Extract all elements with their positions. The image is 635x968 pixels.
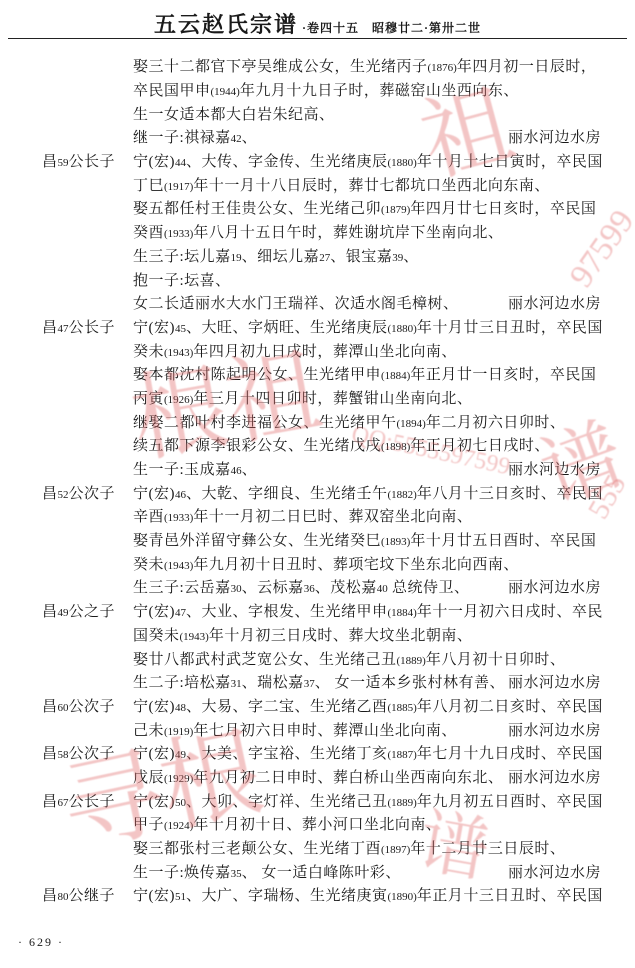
generation-label: 昌49公之子 — [0, 600, 133, 621]
entry-text: 生一女适本都大白岩朱纪高、 — [133, 103, 635, 124]
entry-text: 宁(宏)45、大旺、字炳旺、生光绪庚辰(1880)年十月廿三日丑时，卒民国 — [133, 316, 635, 337]
genealogy-line: 娶本都沈村陈起明公女、生光绪甲申(1884)年正月廿一日亥时，卒民国 — [0, 362, 635, 386]
entry-text: 续五都下源李银彩公女、生光绪戊戌(1898)年正月初七日戌时、 — [133, 434, 635, 455]
genealogy-line: 生三子:坛儿嘉19、细坛儿嘉27、银宝嘉39、 — [0, 244, 635, 268]
entry-text: 丙寅(1926)年三月十四日卯时，葬蟹钳山坐南向北、 — [133, 387, 635, 408]
genealogy-line: 丙寅(1926)年三月十四日卯时，葬蟹钳山坐南向北、 — [0, 386, 635, 410]
entry-text: 癸酉(1933)年八月十五日午时，葬姓谢坑岸下坐南向北、 — [133, 221, 635, 242]
entry-text: 宁(宏)50、大卯、字灯祥、生光绪己丑(1889)年九月初五日酉时、卒民国 — [133, 790, 635, 811]
branch-hall-label: 丽水河边水房 — [508, 766, 635, 787]
book-title: 五云赵氏宗谱 — [154, 12, 298, 37]
generation-label: 昌67公长子 — [0, 790, 133, 811]
entry-text: 宁(宏)51、大广、字瑞杨、生光绪庚寅(1890)年正月十三日丑时、卒民国 — [133, 884, 635, 905]
branch-hall-label: 丽水河边水房 — [508, 861, 635, 882]
entry-text: 娶廿八都武村武芝宽公女、生光绪己丑(1889)年八月初十日卯时、 — [133, 648, 635, 669]
branch-hall-label: 丽水河边水房 — [508, 458, 635, 479]
genealogy-line: 辛酉(1933)年十一月初二日巳时、葬双窑坐北向南、 — [0, 504, 635, 528]
genealogy-body: 娶三十二都官下亭吴维成公女，生光绪丙子(1876)年四月初一日辰时，卒民国甲申(… — [0, 54, 635, 907]
genealogy-line: 生一子:玉成嘉46、丽水河边水房 — [0, 457, 635, 481]
genealogy-line: 续五都下源李银彩公女、生光绪戊戌(1898)年正月初七日戌时、 — [0, 433, 635, 457]
entry-text: 女二长适丽水大水门王瑞祥、次适水阁毛樟树、 — [133, 292, 508, 313]
genealogy-line: 己未(1919)年七月初六日申时、葬潭山坐北向南、丽水河边水房 — [0, 717, 635, 741]
genealogy-line: 昌52公次子宁(宏)46、大乾、字细良、生光绪壬午(1882)年八月十三日亥时、… — [0, 480, 635, 504]
genealogy-line: 娶三十二都官下亭吴维成公女，生光绪丙子(1876)年四月初一日辰时， — [0, 54, 635, 78]
entry-text: 生三子:云岳嘉30、云标嘉36、茂松嘉40 总统侍卫、 — [133, 576, 508, 597]
entry-text: 娶本都沈村陈起明公女、生光绪甲申(1884)年正月廿一日亥时，卒民国 — [133, 363, 635, 384]
generation-label: 昌58公次子 — [0, 742, 133, 763]
generation-label: 昌80公继子 — [0, 884, 133, 905]
genealogy-line: 娶三都张村三老颠公女、生光绪丁酉(1897)年十二月廿三日辰时、 — [0, 836, 635, 860]
genealogy-line: 昌58公次子宁(宏)49、大美、字宝裕、生光绪丁亥(1887)年七月十九日戌时、… — [0, 741, 635, 765]
entry-text: 娶青邑外洋留守彝公女、生光绪癸巳(1893)年十月廿五日酉时、卒民国 — [133, 529, 635, 550]
entry-text: 国癸未(1943)年十月初三日戌时、葬大坟坐北朝南、 — [133, 624, 635, 645]
genealogy-page: 五云赵氏宗谱·卷四十五 昭穆廿二·第卅二世 娶三十二都官下亭吴维成公女，生光绪丙… — [0, 0, 635, 968]
genealogy-line: 女二长适丽水大水门王瑞祥、次适水阁毛樟树、丽水河边水房 — [0, 291, 635, 315]
genealogy-line: 昌60公次子宁(宏)48、大易、字二宝、生光绪乙酉(1885)年八月初二日亥时、… — [0, 694, 635, 718]
volume-subtitle: ·卷四十五 昭穆廿二·第卅二世 — [302, 21, 481, 35]
genealogy-line: 生一子:焕传嘉35、 女一适白峰陈叶彩、丽水河边水房 — [0, 859, 635, 883]
entry-text: 宁(宏)47、大业、字根发、生光绪甲申(1884)年十一月初六日戌时、卒民 — [133, 600, 635, 621]
branch-hall-label: 丽水河边水房 — [508, 576, 635, 597]
genealogy-line: 昌59公长子宁(宏)44、大传、字金传、生光绪庚辰(1880)年十月十七日寅时，… — [0, 149, 635, 173]
entry-text: 宁(宏)46、大乾、字细良、生光绪壬午(1882)年八月十三日亥时、卒民国 — [133, 482, 635, 503]
entry-text: 宁(宏)49、大美、字宝裕、生光绪丁亥(1887)年七月十九日戌时、卒民国 — [133, 742, 635, 763]
entry-text: 己未(1919)年七月初六日申时、葬潭山坐北向南、 — [133, 719, 508, 740]
genealogy-line: 娶青邑外洋留守彝公女、生光绪癸巳(1893)年十月廿五日酉时、卒民国 — [0, 528, 635, 552]
entry-text: 生一子:焕传嘉35、 女一适白峰陈叶彩、 — [133, 861, 508, 882]
entry-text: 娶五都任村王佳贵公女、生光绪己卯(1879)年四月廿七日亥时，卒民国 — [133, 197, 635, 218]
entry-text: 生一子:玉成嘉46、 — [133, 458, 508, 479]
genealogy-line: 抱一子:坛喜、 — [0, 267, 635, 291]
branch-hall-label: 丽水河边水房 — [508, 671, 635, 692]
entry-text: 甲子(1924)年十月初十日、葬小河口坐北向南、 — [133, 813, 635, 834]
entry-text: 癸未(1943)年四月初九日戌时，葬潭山坐北向南、 — [133, 340, 635, 361]
genealogy-line: 癸未(1943)年四月初九日戌时，葬潭山坐北向南、 — [0, 338, 635, 362]
branch-hall-label: 丽水河边水房 — [508, 719, 635, 740]
entry-text: 卒民国甲申(1944)年九月十九日子时，葬磁窑山坐西向东、 — [133, 79, 635, 100]
generation-label: 昌47公长子 — [0, 316, 133, 337]
entry-text: 宁(宏)44、大传、字金传、生光绪庚辰(1880)年十月十七日寅时，卒民国 — [133, 150, 635, 171]
entry-text: 戊辰(1929)年九月初二日申时、葬白桥山坐西南向东北、 — [133, 766, 508, 787]
generation-label: 昌52公次子 — [0, 482, 133, 503]
branch-hall-label: 丽水河边水房 — [508, 292, 635, 313]
entry-text: 娶三十二都官下亭吴维成公女，生光绪丙子(1876)年四月初一日辰时， — [133, 55, 635, 76]
entry-text: 辛酉(1933)年十一月初二日巳时、葬双窑坐北向南、 — [133, 505, 635, 526]
entry-text: 丁巳(1917)年十一月十八日辰时，葬廿七都坑口坐西北向东南、 — [133, 174, 635, 195]
generation-label: 昌60公次子 — [0, 695, 133, 716]
genealogy-line: 国癸未(1943)年十月初三日戌时、葬大坟坐北朝南、 — [0, 623, 635, 647]
genealogy-line: 昌49公之子宁(宏)47、大业、字根发、生光绪甲申(1884)年十一月初六日戌时… — [0, 599, 635, 623]
entry-text: 继娶二都叶村李进福公女、生光绪甲午(1894)年二月初六日卯时、 — [133, 411, 635, 432]
genealogy-line: 昌67公长子宁(宏)50、大卯、字灯祥、生光绪己丑(1889)年九月初五日酉时、… — [0, 788, 635, 812]
genealogy-line: 娶廿八都武村武芝宽公女、生光绪己丑(1889)年八月初十日卯时、 — [0, 646, 635, 670]
page-number: · 629 · — [18, 935, 64, 950]
header-divider — [8, 38, 627, 39]
genealogy-line: 娶五都任村王佳贵公女、生光绪己卯(1879)年四月廿七日亥时，卒民国 — [0, 196, 635, 220]
entry-text: 继一子:祺禄嘉42、 — [133, 126, 508, 147]
page-header: 五云赵氏宗谱·卷四十五 昭穆廿二·第卅二世 — [0, 8, 635, 39]
genealogy-line: 甲子(1924)年十月初十日、葬小河口坐北向南、 — [0, 812, 635, 836]
genealogy-line: 继娶二都叶村李进福公女、生光绪甲午(1894)年二月初六日卯时、 — [0, 409, 635, 433]
genealogy-line: 癸酉(1933)年八月十五日午时，葬姓谢坑岸下坐南向北、 — [0, 220, 635, 244]
entry-text: 生二子:培松嘉31、瑞松嘉37、 女一适本乡张村林有善、 — [133, 671, 508, 692]
genealogy-line: 生一女适本都大白岩朱纪高、 — [0, 101, 635, 125]
entry-text: 生三子:坛儿嘉19、细坛儿嘉27、银宝嘉39、 — [133, 245, 635, 266]
genealogy-line: 卒民国甲申(1944)年九月十九日子时，葬磁窑山坐西向东、 — [0, 78, 635, 102]
entry-text: 癸未(1943)年九月初十日丑时、葬项宅坟下坐东北向西南、 — [133, 553, 635, 574]
genealogy-line: 昌47公长子宁(宏)45、大旺、字炳旺、生光绪庚辰(1880)年十月廿三日丑时，… — [0, 315, 635, 339]
branch-hall-label: 丽水河边水房 — [508, 126, 635, 147]
genealogy-line: 昌80公继子宁(宏)51、大广、字瑞杨、生光绪庚寅(1890)年正月十三日丑时、… — [0, 883, 635, 907]
genealogy-line: 癸未(1943)年九月初十日丑时、葬项宅坟下坐东北向西南、 — [0, 551, 635, 575]
genealogy-line: 生二子:培松嘉31、瑞松嘉37、 女一适本乡张村林有善、丽水河边水房 — [0, 670, 635, 694]
genealogy-line: 生三子:云岳嘉30、云标嘉36、茂松嘉40 总统侍卫、丽水河边水房 — [0, 575, 635, 599]
entry-text: 宁(宏)48、大易、字二宝、生光绪乙酉(1885)年八月初二日亥时、卒民国 — [133, 695, 635, 716]
genealogy-line: 戊辰(1929)年九月初二日申时、葬白桥山坐西南向东北、丽水河边水房 — [0, 765, 635, 789]
entry-text: 娶三都张村三老颠公女、生光绪丁酉(1897)年十二月廿三日辰时、 — [133, 837, 635, 858]
genealogy-line: 继一子:祺禄嘉42、丽水河边水房 — [0, 125, 635, 149]
genealogy-line: 丁巳(1917)年十一月十八日辰时，葬廿七都坑口坐西北向东南、 — [0, 172, 635, 196]
generation-label: 昌59公长子 — [0, 150, 133, 171]
entry-text: 抱一子:坛喜、 — [133, 269, 635, 290]
